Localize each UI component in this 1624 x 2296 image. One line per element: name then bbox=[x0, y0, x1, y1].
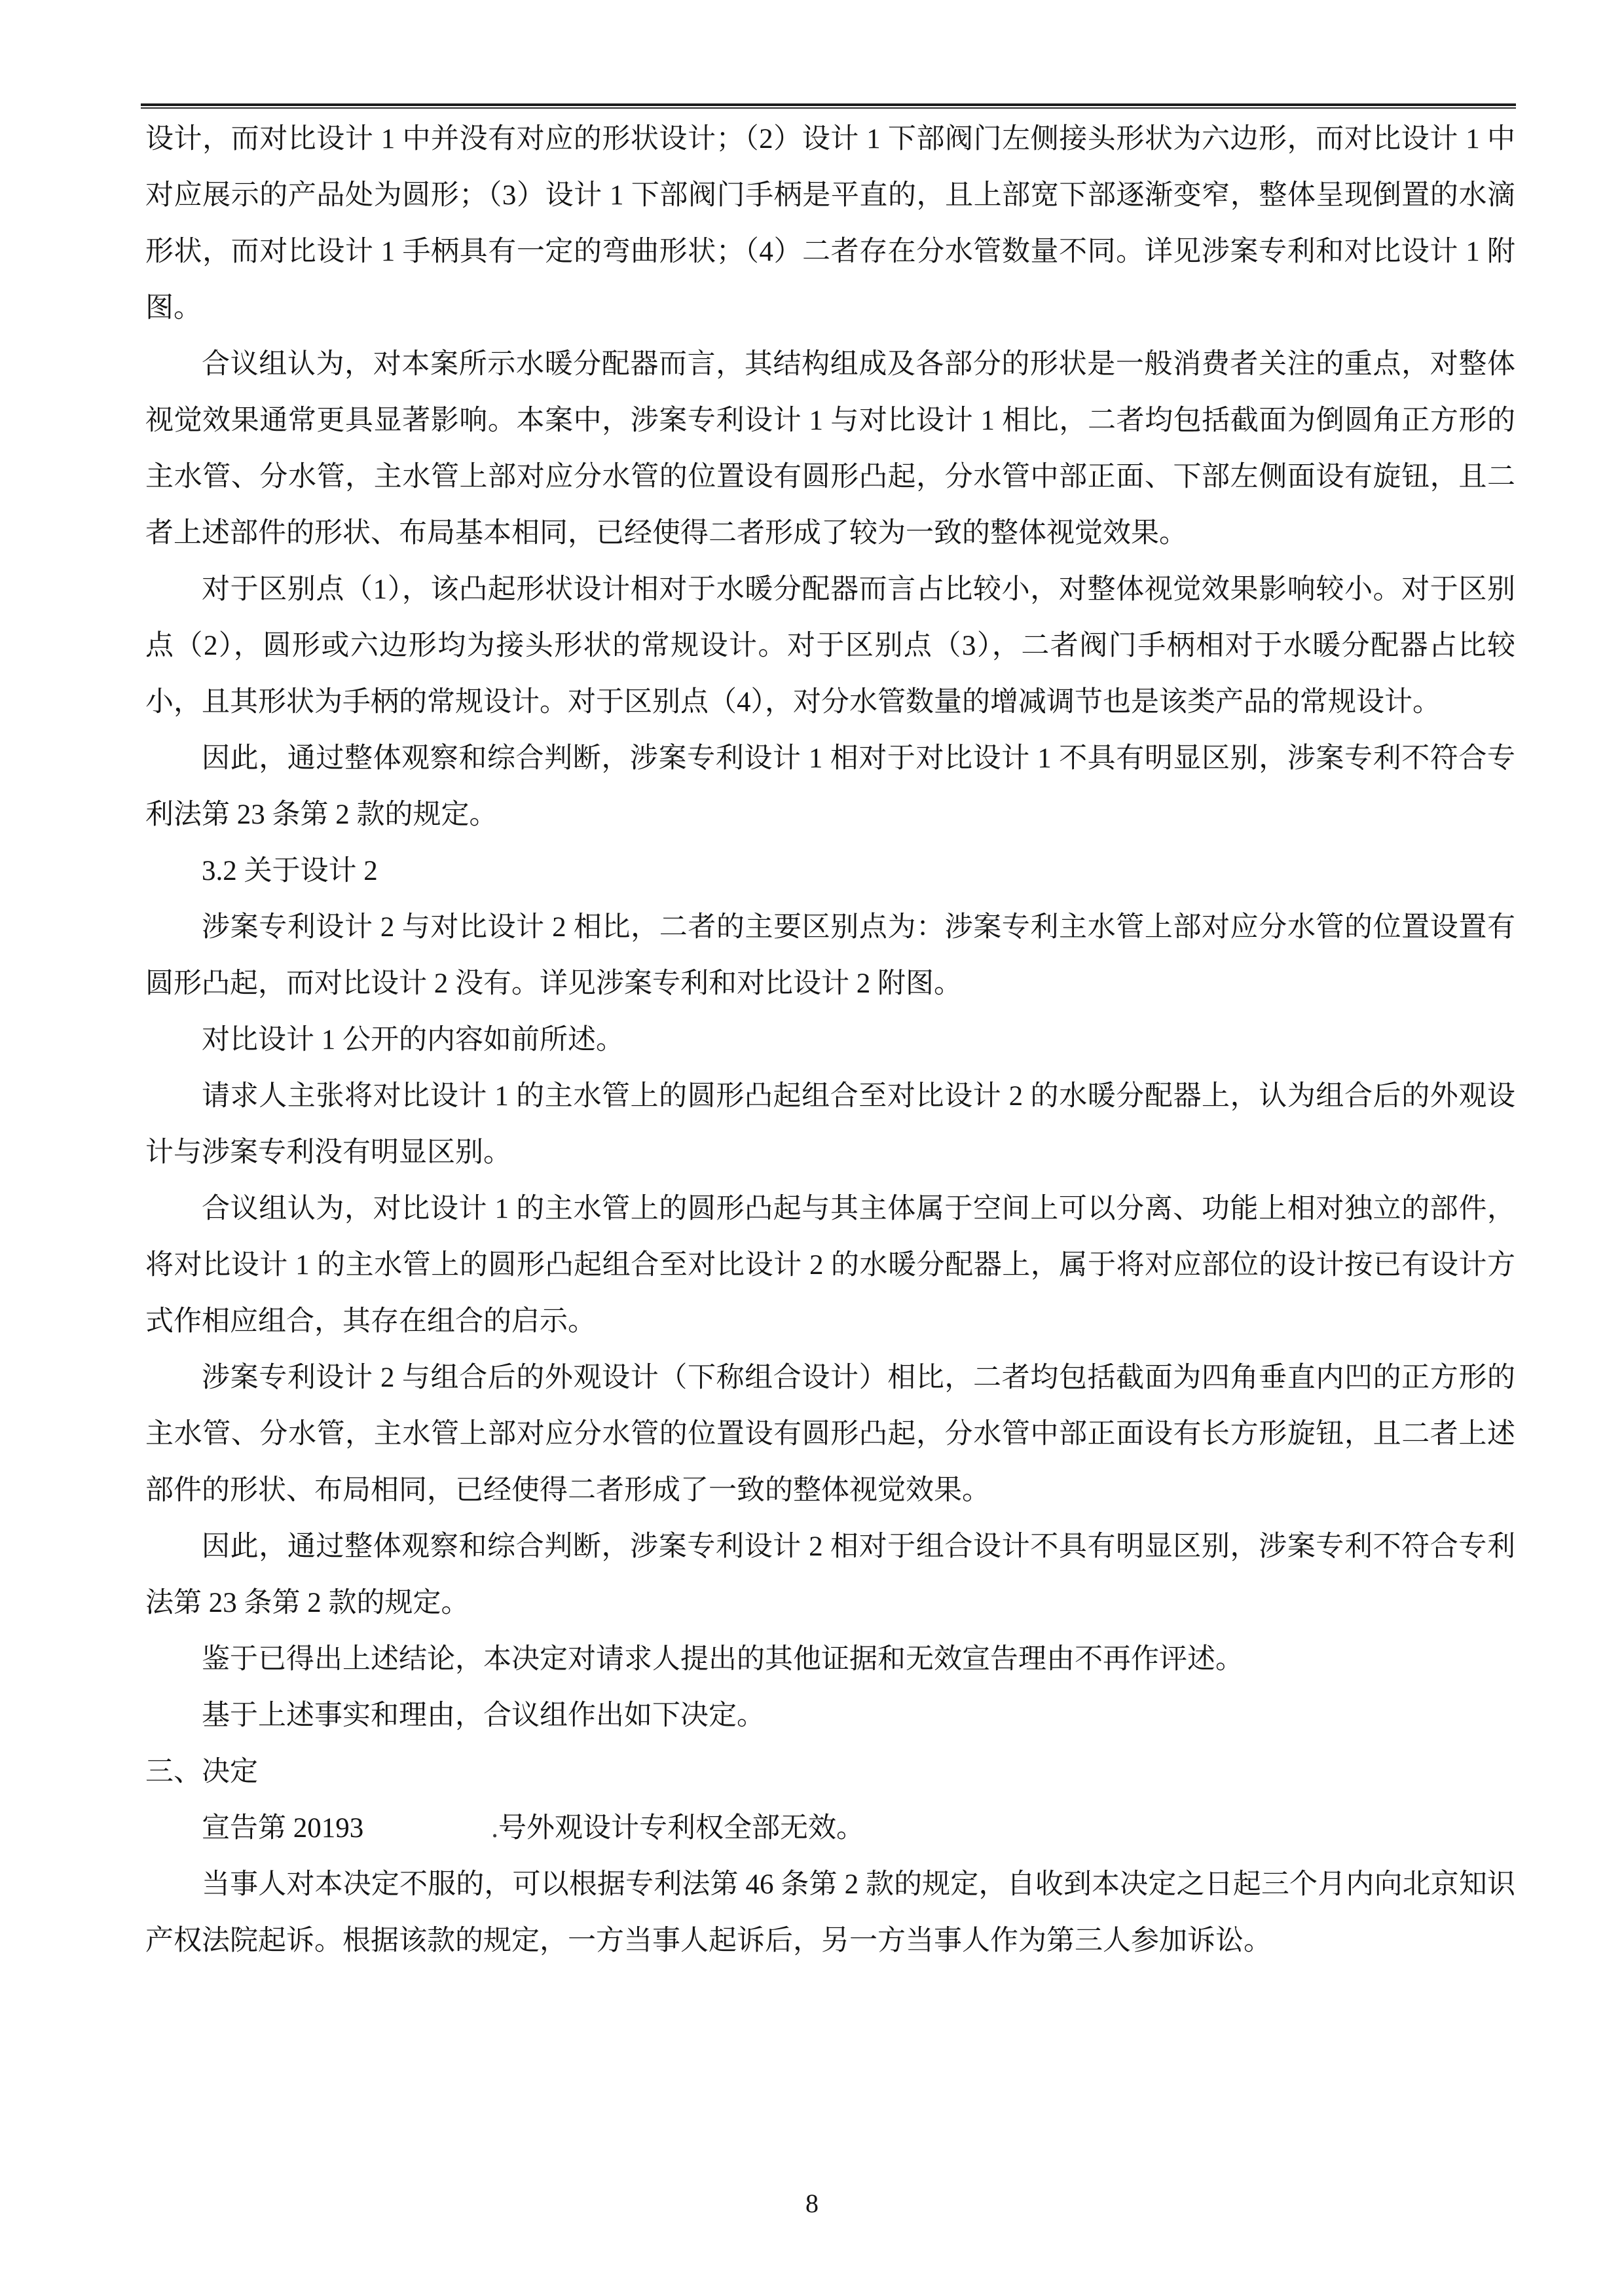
body-paragraph: 涉案专利设计 2 与对比设计 2 相比，二者的主要区别点为：涉案专利主水管上部对… bbox=[145, 900, 1515, 1012]
header-rule-thin bbox=[141, 107, 1516, 109]
decision-statement-suffix: 号外观设计专利权全部无效。 bbox=[498, 1813, 864, 1844]
page-number: 8 bbox=[0, 2184, 1624, 2223]
document-page: 设计，而对比设计 1 中并没有对应的形状设计；（2）设计 1 下部阀门左侧接头形… bbox=[0, 0, 1624, 2296]
body-paragraph: 因此，通过整体观察和综合判断，涉案专利设计 2 相对于组合设计不具有明显区别，涉… bbox=[145, 1519, 1515, 1631]
document-body: 设计，而对比设计 1 中并没有对应的形状设计；（2）设计 1 下部阀门左侧接头形… bbox=[145, 111, 1515, 1969]
body-paragraph: 合议组认为，对比设计 1 的主水管上的圆形凸起与其主体属于空间上可以分离、功能上… bbox=[145, 1181, 1515, 1350]
decision-statement-prefix: 宣告第 20193 bbox=[202, 1813, 363, 1844]
body-paragraph: 请求人主张将对比设计 1 的主水管上的圆形凸起组合至对比设计 2 的水暖分配器上… bbox=[145, 1068, 1515, 1181]
body-paragraph: 合议组认为，对本案所示水暖分配器而言，其结构组成及各部分的形状是一般消费者关注的… bbox=[145, 337, 1515, 562]
body-paragraph: 对比设计 1 公开的内容如前所述。 bbox=[145, 1012, 1515, 1068]
body-paragraph: 涉案专利设计 2 与组合后的外观设计（下称组合设计）相比，二者均包括截面为四角垂… bbox=[145, 1350, 1515, 1519]
body-paragraph: 鉴于已得出上述结论，本决定对请求人提出的其他证据和无效宣告理由不再作评述。 bbox=[145, 1631, 1515, 1688]
body-paragraph: 基于上述事实和理由，合议组作出如下决定。 bbox=[145, 1688, 1515, 1744]
section-heading-design-2: 3.2 关于设计 2 bbox=[145, 843, 1515, 900]
body-paragraph-continuation: 设计，而对比设计 1 中并没有对应的形状设计；（2）设计 1 下部阀门左侧接头形… bbox=[145, 111, 1515, 337]
redaction-dot: . bbox=[491, 1813, 498, 1844]
header-rule-thick bbox=[141, 103, 1516, 106]
body-paragraph: 对于区别点（1），该凸起形状设计相对于水暖分配器而言占比较小，对整体视觉效果影响… bbox=[145, 562, 1515, 731]
section-heading-decision: 三、决定 bbox=[145, 1744, 1515, 1800]
body-paragraph: 因此，通过整体观察和综合判断，涉案专利设计 1 相对于对比设计 1 不具有明显区… bbox=[145, 731, 1515, 843]
body-paragraph: 当事人对本决定不服的，可以根据专利法第 46 条第 2 款的规定，自收到本决定之… bbox=[145, 1857, 1515, 1969]
decision-statement: 宣告第 20193.号外观设计专利权全部无效。 bbox=[145, 1800, 1515, 1857]
